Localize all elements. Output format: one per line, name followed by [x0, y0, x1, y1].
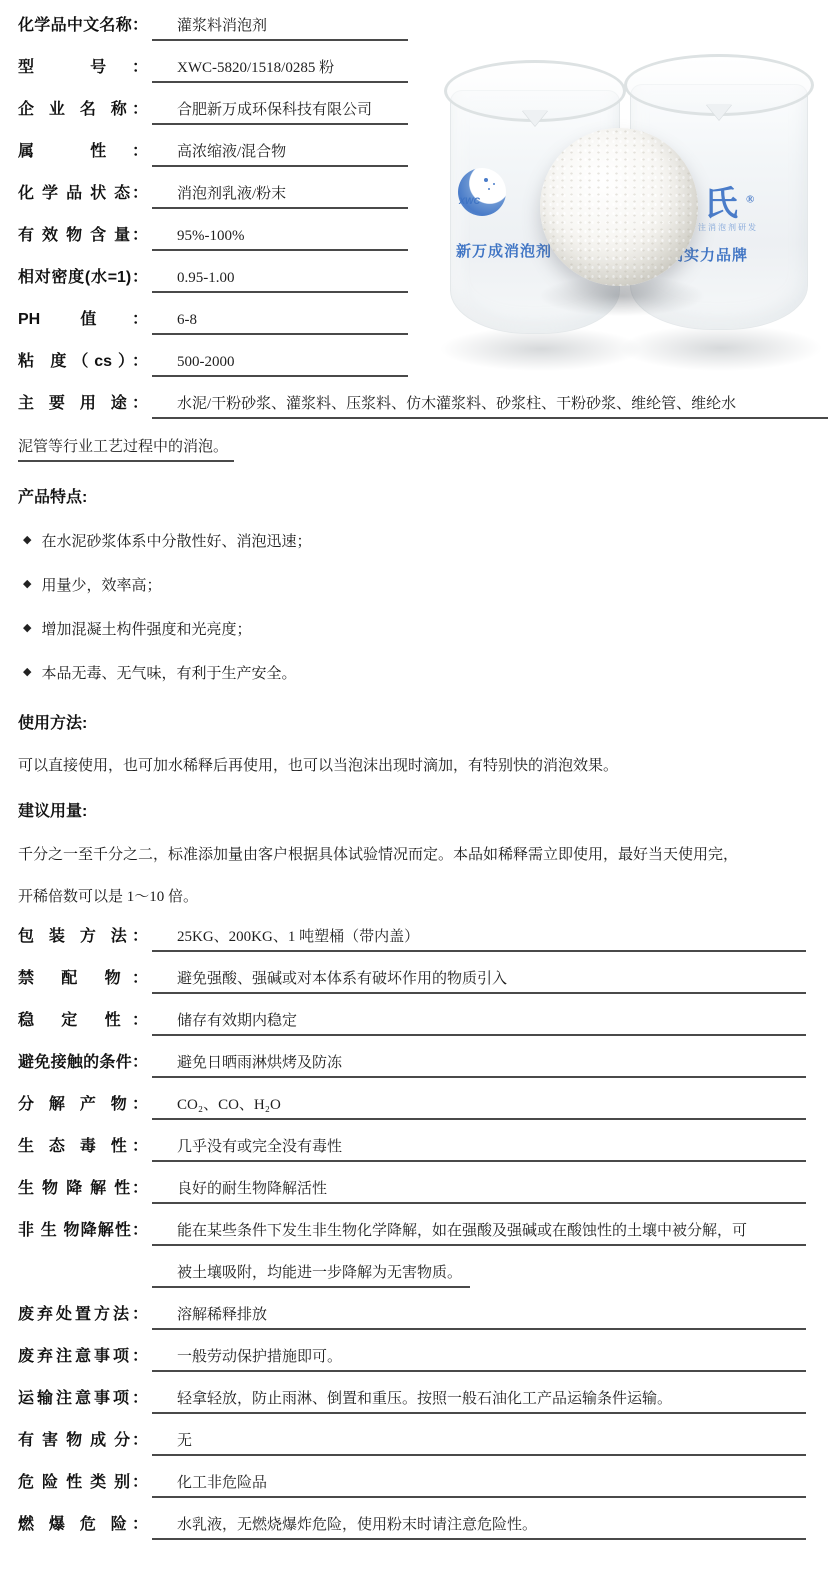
field-row: 废弃注意事项： 一般劳动保护措施即可。	[18, 1345, 806, 1372]
feature-text: 本品无毒、无气味，有利于生产安全。	[41, 662, 296, 683]
field-label: 稳 定 性：	[18, 1007, 148, 1036]
field-value: 高浓缩液/混合物	[152, 140, 408, 167]
field-row: 包 装 方 法： 25KG、200KG、1 吨塑桶（带内盖）	[18, 925, 806, 952]
field-value: 6-8	[152, 312, 408, 335]
field-label: 型 号：	[18, 54, 148, 83]
feature-text: 在水泥砂浆体系中分散性好、消泡迅速；	[41, 530, 311, 551]
feature-item: ◆ 本品无毒、无气味，有利于生产安全。	[18, 662, 806, 680]
field-row: 化学品中文名称： 灌浆料消泡剂	[18, 14, 806, 41]
feature-text: 增加混凝土构件强度和光亮度；	[41, 618, 251, 639]
dosage-text-line2: 开稀倍数可以是 1～10 倍。	[18, 885, 806, 903]
field-label: 相对密度(水=1)：	[18, 264, 148, 293]
diamond-bullet-icon: ◆	[23, 533, 31, 546]
field-label: 危 险 性 类 别：	[18, 1469, 148, 1498]
field-value: 轻拿轻放，防止雨淋、倒置和重压。按照一般石油化工产品运输条件运输。	[152, 1387, 806, 1414]
field-value: 消泡剂乳液/粉末	[152, 182, 408, 209]
field-value: 灌浆料消泡剂	[152, 14, 408, 41]
features-list: ◆ 在水泥砂浆体系中分散性好、消泡迅速； ◆ 用量少，效率高； ◆ 增加混凝土构…	[18, 530, 806, 680]
beaker-spout	[706, 104, 732, 120]
field-label: PH 值：	[18, 306, 148, 335]
field-label: 运输注意事项：	[18, 1385, 148, 1414]
field-value: CO₂、CO、H₂O	[152, 1093, 806, 1120]
field-value: 避免强酸、强碱或对本体系有破坏作用的物质引入	[152, 967, 806, 994]
field-label: 包 装 方 法：	[18, 923, 148, 952]
product-spec-document: 化学品中文名称： 灌浆料消泡剂 型 号： XWC-5820/1518/0285 …	[0, 0, 830, 1586]
diamond-bullet-icon: ◆	[23, 665, 31, 678]
feature-item: ◆ 用量少，效率高；	[18, 574, 806, 592]
diamond-bullet-icon: ◆	[23, 577, 31, 590]
field-label: 生 态 毒 性：	[18, 1133, 148, 1162]
field-value: 500-2000	[152, 354, 408, 377]
product-photo: XWC 杨 新万成消泡剂 杨氏® 二十年专注消泡剂研发 消泡剂实力品牌	[436, 48, 822, 400]
field-label: 化学品中文名称：	[18, 12, 148, 41]
field-value: 良好的耐生物降解活性	[152, 1177, 806, 1204]
field-row: 分 解 产 物： CO₂、CO、H₂O	[18, 1093, 806, 1120]
field-label: 粘 度（cs）：	[18, 348, 148, 377]
field-value-line2: 被土壤吸附，均能进一步降解为无害物质。	[152, 1261, 470, 1288]
diamond-bullet-icon: ◆	[23, 621, 31, 634]
feature-item: ◆ 在水泥砂浆体系中分散性好、消泡迅速；	[18, 530, 806, 548]
field-value: 0.95-1.00	[152, 270, 408, 293]
field-value: 水乳液，无燃烧爆炸危险，使用粉末时请注意危险性。	[152, 1513, 806, 1540]
field-label: 有 效 物 含 量：	[18, 222, 148, 251]
field-row: 生 物 降 解 性： 良好的耐生物降解活性	[18, 1177, 806, 1204]
xwc-logo-text: XWC	[459, 196, 480, 206]
field-value: 避免日晒雨淋烘烤及防冻	[152, 1051, 806, 1078]
field-value: XWC-5820/1518/0285 粉	[152, 56, 408, 83]
field-label: 属 性：	[18, 138, 148, 167]
bottom-fields-section: 包 装 方 法： 25KG、200KG、1 吨塑桶（带内盖） 禁 配 物： 避免…	[18, 925, 806, 1540]
dosage-heading: 建议用量:	[18, 798, 806, 818]
field-row: 有 害 物 成 分： 无	[18, 1429, 806, 1456]
powder-ball	[540, 128, 698, 286]
xwc-moon-logo-icon: XWC	[458, 168, 506, 216]
feature-item: ◆ 增加混凝土构件强度和光亮度；	[18, 618, 806, 636]
field-value-continuation: 被土壤吸附，均能进一步降解为无害物质。	[152, 1261, 806, 1288]
field-row: 燃 爆 危 险： 水乳液，无燃烧爆炸危险，使用粉末时请注意危险性。	[18, 1513, 806, 1540]
field-row: 稳 定 性： 储存有效期内稳定	[18, 1009, 806, 1036]
field-value: 几乎没有或完全没有毒性	[152, 1135, 806, 1162]
beaker-spout	[522, 110, 548, 126]
field-label: 燃 爆 危 险：	[18, 1511, 148, 1540]
field-label: 废弃注意事项：	[18, 1343, 148, 1372]
field-value-continuation: 泥管等行业工艺过程中的消泡。	[18, 435, 806, 462]
field-value: 储存有效期内稳定	[152, 1009, 806, 1036]
field-label: 避免接触的条件：	[18, 1049, 148, 1078]
field-label: 废弃处置方法：	[18, 1301, 148, 1330]
field-value: 合肥新万成环保科技有限公司	[152, 98, 408, 125]
field-row: 废弃处置方法： 溶解稀释排放	[18, 1303, 806, 1330]
field-value: 25KG、200KG、1 吨塑桶（带内盖）	[152, 925, 806, 952]
logo-dots-icon	[484, 178, 488, 182]
field-row: 避免接触的条件： 避免日晒雨淋烘烤及防冻	[18, 1051, 806, 1078]
field-label: 主 要 用 途：	[18, 390, 148, 419]
field-value: 无	[152, 1429, 806, 1456]
field-value: 溶解稀释排放	[152, 1303, 806, 1330]
field-label: 禁 配 物：	[18, 965, 148, 994]
feature-text: 用量少，效率高；	[41, 574, 161, 595]
field-label: 企 业 名 称：	[18, 96, 148, 125]
usage-method-text: 可以直接使用，也可加水稀释后再使用，也可以当泡沫出现时滴加，有特别快的消泡效果。	[18, 754, 806, 772]
dosage-text-line1: 千分之一至千分之二，标准添加量由客户根据具体试验情况而定。本品如稀释需立即使用，…	[18, 843, 806, 861]
field-row: 运输注意事项： 轻拿轻放，防止雨淋、倒置和重压。按照一般石油化工产品运输条件运输…	[18, 1387, 806, 1414]
field-label: 生 物 降 解 性：	[18, 1175, 148, 1204]
field-value: 化工非危险品	[152, 1471, 806, 1498]
field-value: 一般劳动保护措施即可。	[152, 1345, 806, 1372]
left-beaker-slogan: 新万成消泡剂	[456, 240, 552, 261]
features-heading: 产品特点:	[18, 484, 806, 504]
field-label: 分 解 产 物：	[18, 1091, 148, 1120]
registered-mark-icon: ®	[746, 194, 754, 206]
field-row: 生 态 毒 性： 几乎没有或完全没有毒性	[18, 1135, 806, 1162]
field-value: 能在某些条件下发生非生物化学降解，如在强酸及强碱或在酸蚀性的土壤中被分解，可	[152, 1219, 806, 1246]
field-row: 危 险 性 类 别： 化工非危险品	[18, 1471, 806, 1498]
field-label: 化 学 品 状 态：	[18, 180, 148, 209]
usage-method-heading: 使用方法:	[18, 710, 806, 730]
field-label: 有 害 物 成 分：	[18, 1427, 148, 1456]
field-value-line2: 泥管等行业工艺过程中的消泡。	[18, 435, 234, 462]
field-label: 非 生 物降解性：	[18, 1217, 148, 1246]
field-row: 非 生 物降解性： 能在某些条件下发生非生物化学降解，如在强酸及强碱或在酸蚀性的…	[18, 1219, 806, 1246]
field-value: 95%-100%	[152, 228, 408, 251]
field-row: 禁 配 物： 避免强酸、强碱或对本体系有破坏作用的物质引入	[18, 967, 806, 994]
